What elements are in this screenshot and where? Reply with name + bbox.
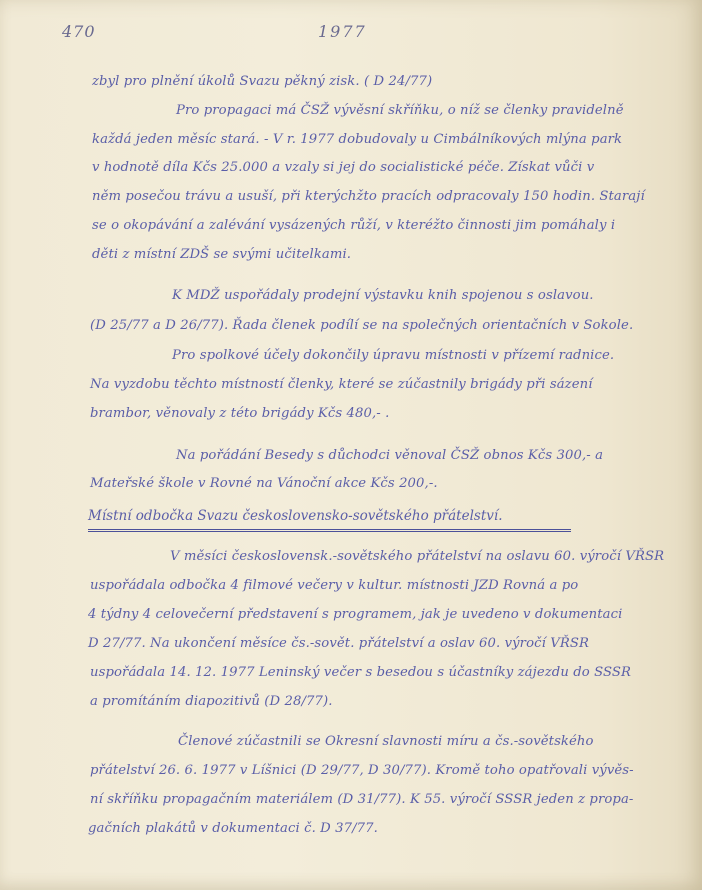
- text-line: děti z místní ZDŠ se svými učitelkami.: [92, 247, 351, 262]
- text-line: zbyl pro plnění úkolů Svazu pěkný zisk. …: [92, 74, 432, 89]
- text-line: a promítáním diapozitivů (D 28/77).: [90, 694, 333, 709]
- text-line: každá jeden měsíc stará. - V r. 1977 dob…: [92, 132, 622, 147]
- page-number: 470: [62, 22, 96, 41]
- section-heading: Místní odbočka Svazu československo-sově…: [88, 508, 502, 524]
- text-line: Pro propagaci má ČSŽ vývěsní skříňku, o …: [176, 103, 624, 118]
- text-line: v hodnotě díla Kčs 25.000 a vzaly si jej…: [92, 160, 594, 175]
- text-line: Na vyzdobu těchto místností členky, kter…: [90, 377, 593, 392]
- text-line: D 27/77. Na ukončení měsíce čs.-sovět. p…: [88, 636, 589, 651]
- text-line: gačních plakátů v dokumentaci č. D 37/77…: [88, 821, 378, 836]
- text-line: 4 týdny 4 celovečerní představení s prog…: [88, 607, 622, 622]
- text-line: něm posečou trávu a usuší, při kterýchžt…: [92, 189, 645, 204]
- text-line: Pro spolkové účely dokončily úpravu míst…: [172, 348, 614, 363]
- text-line: Členové zúčastnili se Okresní slavnosti …: [178, 734, 594, 749]
- text-line: K MDŽ uspořádaly prodejní výstavku knih …: [172, 288, 594, 303]
- manuscript-page: 470 1977 zbyl pro plnění úkolů Svazu pěk…: [0, 0, 702, 890]
- text-line: přátelství 26. 6. 1977 v Líšnici (D 29/7…: [90, 763, 634, 778]
- text-line: ní skříňku propagačním materiálem (D 31/…: [90, 792, 633, 807]
- text-line: uspořádala odbočka 4 filmové večery v ku…: [90, 578, 578, 593]
- heading-double-underline: [88, 529, 571, 532]
- text-line: Na pořádání Besedy s důchodci věnoval ČS…: [176, 448, 603, 463]
- text-line: Mateřské škole v Rovné na Vánoční akce K…: [90, 476, 438, 491]
- text-line: V měsíci československ.-sovětského přáte…: [170, 549, 664, 564]
- text-line: uspořádala 14. 12. 1977 Leninský večer s…: [90, 665, 631, 680]
- text-line: se o okopávání a zalévání vysázených růž…: [92, 218, 615, 233]
- page-year: 1977: [318, 22, 367, 41]
- text-line: brambor, věnovaly z této brigády Kčs 480…: [90, 406, 389, 421]
- text-line: (D 25/77 a D 26/77). Řada členek podílí …: [90, 318, 633, 333]
